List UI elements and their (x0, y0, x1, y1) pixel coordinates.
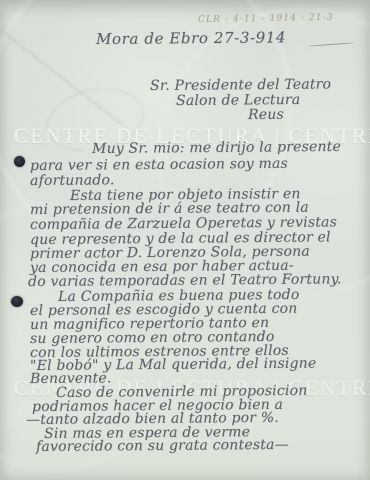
recipient-line: Sr. Presidente del Teatro (150, 76, 331, 94)
scanned-letter-page: CENTRE DE LECTURA | CENTRE D REUS CENTRE… (0, 0, 370, 480)
handwritten-line: afortunado. (30, 172, 115, 189)
handwritten-line: Muy Sr. mio: me dirijo la presente (92, 139, 341, 157)
punch-hole-top (14, 156, 25, 167)
punch-hole-bottom (11, 296, 23, 307)
handwritten-line: para ver si en esta ocasion soy mas (30, 156, 288, 174)
recipient-line: Reus (248, 107, 284, 123)
dateline: Mora de Ebro 27-3-914 (96, 28, 286, 48)
handwritten-line: favorecido con su grata contesta— (36, 437, 289, 455)
